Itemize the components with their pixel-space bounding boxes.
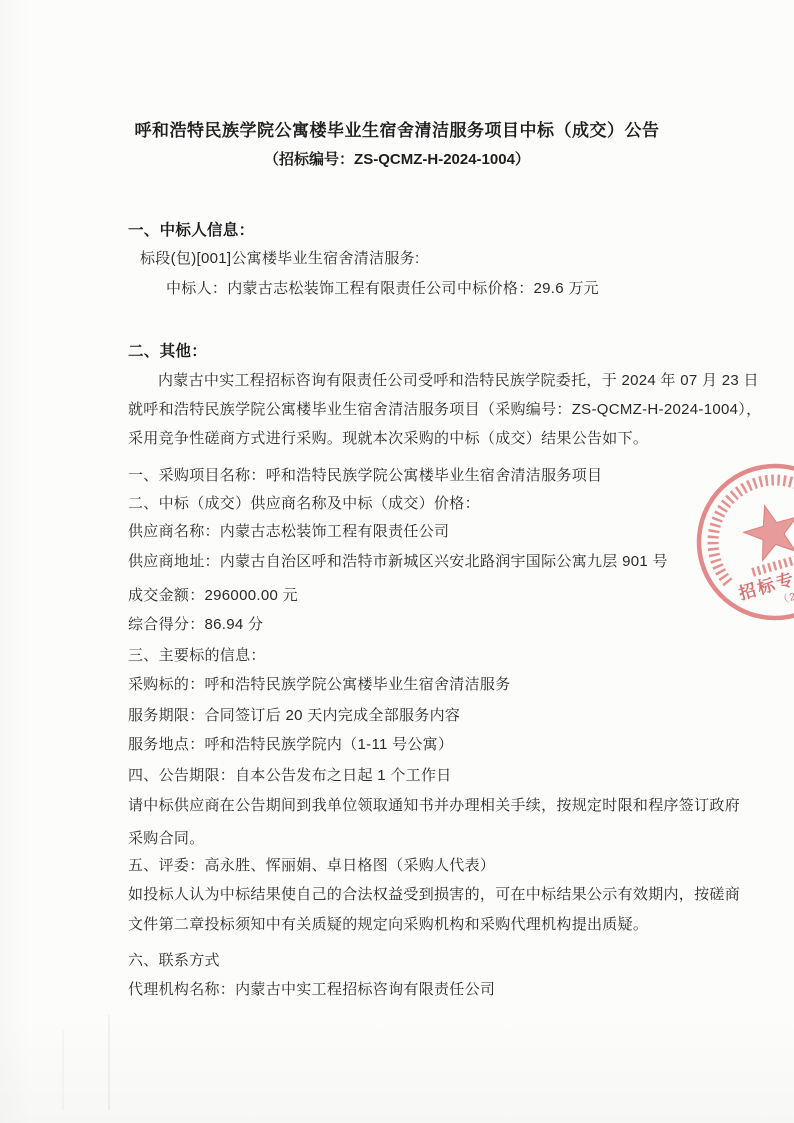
item-service-term: 服务期限：合同签订后 20 天内完成全部服务内容	[128, 707, 460, 724]
item-deal-amount: 成交金额：296000.00 元	[128, 587, 298, 604]
scan-artifact-streak	[108, 1015, 110, 1110]
section3-heading: 三、主要标的信息：	[128, 647, 266, 664]
section1-price: 中标价格：29.6 万元	[457, 280, 599, 297]
item-service-location: 服务地点：呼和浩特民族学院内（1-11 号公寓）	[128, 736, 453, 753]
notice-line-2: 采购合同。	[128, 830, 205, 847]
item-agency-name: 代理机构名称：内蒙古中实工程招标咨询有限责任公司	[128, 981, 495, 998]
document-title: 呼和浩特民族学院公寓楼毕业生宿舍清洁服务项目中标（成交）公告	[0, 116, 794, 141]
section2-heading: 二、其他：	[128, 343, 207, 360]
stamp-star-icon	[738, 498, 794, 564]
section1-winner: 中标人：内蒙古志松装饰工程有限责任公司	[166, 280, 457, 297]
para-line-1: 内蒙古中实工程招标咨询有限责任公司受呼和浩特民族学院委托，于 2024 年 07…	[158, 372, 759, 389]
scan-artifact-streak	[62, 1030, 64, 1110]
item-subject: 采购标的：呼和浩特民族学院公寓楼毕业生宿舍清洁服务	[128, 676, 511, 693]
section6-contact-heading: 六、联系方式	[128, 952, 220, 969]
item-supplier-name: 供应商名称：内蒙古志松装饰工程有限责任公司	[128, 523, 449, 540]
item-score: 综合得分：86.94 分	[128, 616, 263, 633]
official-stamp: 招标专用章 （2）	[665, 432, 794, 652]
item-supplier-address: 供应商地址：内蒙古自治区呼和浩特市新城区兴安北路润宇国际公寓九层 901 号	[128, 553, 668, 570]
item-project-name: 一、采购项目名称：呼和浩特民族学院公寓楼毕业生宿舍清洁服务项目	[128, 467, 602, 484]
section1-lot: 标段(包)[001]公寓楼毕业生宿舍清洁服务:	[140, 250, 419, 267]
section1-heading: 一、中标人信息：	[128, 222, 254, 239]
para-line-2: 就呼和浩特民族学院公寓楼毕业生宿舍清洁服务项目（采购编号：ZS-QCMZ-H-2…	[128, 401, 761, 418]
notice-line-1: 请中标供应商在公告期间到我单位领取通知书并办理相关手续，按规定时限和程序签订政府	[128, 797, 740, 814]
document-page: 呼和浩特民族学院公寓楼毕业生宿舍清洁服务项目中标（成交）公告 （招标编号：ZS-…	[0, 0, 794, 1123]
item-notice-period: 四、公告期限：自本公告发布之日起 1 个工作日	[128, 767, 452, 784]
para-line-3: 采用竞争性磋商方式进行采购。现就本次采购的中标（成交）结果公告如下。	[128, 430, 648, 447]
item-supplier-heading: 二、中标（成交）供应商名称及中标（成交）价格：	[128, 495, 480, 512]
document-subtitle: （招标编号：ZS-QCMZ-H-2024-1004）	[0, 148, 794, 169]
objection-line-1: 如投标人认为中标结果使自己的合法权益受到损害的，可在中标结果公示有效期内，按磋商	[128, 886, 740, 903]
item-evaluators: 五、评委：高永胜、恽丽娟、卓日格图（采购人代表）	[128, 857, 495, 874]
objection-line-2: 文件第二章投标须知中有关质疑的规定向采购机构和采购代理机构提出质疑。	[128, 916, 648, 933]
